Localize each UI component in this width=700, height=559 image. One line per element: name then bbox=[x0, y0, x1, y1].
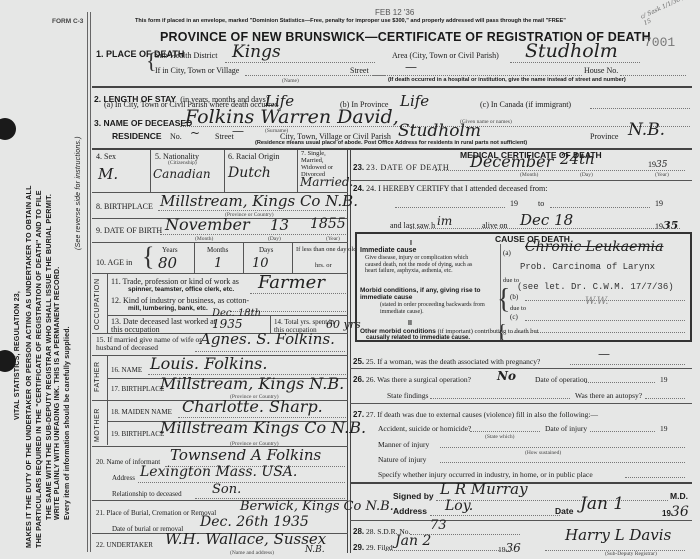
sub-health-label: Sub-Health District bbox=[155, 51, 217, 60]
mother-side-label: MOTHER bbox=[94, 408, 101, 442]
age-hrs-label: hrs. or bbox=[315, 262, 332, 269]
attend-to-19: 19 bbox=[655, 199, 663, 208]
name-caption: (Name) bbox=[282, 78, 299, 84]
residence-city-value[interactable]: Studholm bbox=[398, 121, 481, 141]
nationality-value[interactable]: Canadian bbox=[153, 167, 211, 181]
trade-value[interactable]: Farmer bbox=[258, 272, 325, 293]
undertaker-caption: (Name and address) bbox=[230, 550, 274, 556]
surgery-question: 26. 26. Was there a surgical operation? bbox=[353, 375, 471, 384]
burial-place-label: 21. Place of Burial, Cremation or Remova… bbox=[96, 509, 216, 517]
trade-examples: spinner, teamster, office clerk, etc. bbox=[128, 286, 234, 293]
age-infant-label: If less than one day old bbox=[296, 246, 356, 253]
side-regulation-title: VITAL STATISTICS, REGULATION 23, bbox=[14, 291, 21, 420]
alive-year[interactable]: 1935 bbox=[655, 219, 678, 232]
md-label: M.D. bbox=[670, 491, 688, 501]
father-name-value[interactable]: Louis. Folkins. bbox=[150, 354, 267, 373]
residence-no-value[interactable]: ~ bbox=[190, 126, 200, 140]
birthplace-value[interactable]: Millstream, Kings Co N.B. bbox=[160, 192, 358, 210]
date-value[interactable]: Jan 1 bbox=[580, 494, 624, 514]
father-side-label: FATHER bbox=[94, 361, 101, 392]
spouse-label: 15. If married give name of wife or husb… bbox=[96, 336, 206, 352]
hospital-note: (If death occurred in a hospital or inst… bbox=[388, 77, 626, 83]
cause-b-label: (b) bbox=[510, 293, 518, 301]
side-line-3: THE SAME WITH THE SUB-DEPUTY REGISTRAR W… bbox=[44, 194, 53, 520]
deceased-name-value[interactable]: Folkins Warren David, bbox=[185, 106, 399, 128]
birthplace-label: 8. BIRTHPLACE bbox=[96, 202, 153, 211]
cause-c-label: (c) bbox=[510, 313, 518, 321]
address-value[interactable]: Loy. bbox=[445, 498, 473, 514]
relationship-label: Relationship to deceased bbox=[112, 490, 182, 498]
industry-examples: mill, lumbering, bank, etc. bbox=[128, 305, 208, 312]
age-label: 10. AGE in bbox=[96, 258, 132, 267]
morbid-conditions-label: Morbid conditions, if any, giving rise t… bbox=[360, 287, 490, 301]
date-of-birth-label: 9. DATE OF BIRTH bbox=[96, 226, 162, 235]
city-label: If in City, Town or Village bbox=[155, 66, 239, 75]
death-year-caption: (Year) bbox=[655, 172, 669, 178]
racial-origin-value[interactable]: Dutch bbox=[228, 165, 271, 181]
form-number: FORM C-3 bbox=[52, 18, 83, 25]
cause-a-typed-line2[interactable]: (see let. Dr. C.W.M. 17/7/36) bbox=[517, 282, 674, 292]
side-line-5: Every item of information should be care… bbox=[64, 326, 71, 520]
death-month-caption: (Month) bbox=[520, 172, 538, 178]
injury-year-19: 19 bbox=[660, 424, 668, 433]
registration-number: 7001 bbox=[644, 35, 675, 50]
manner-label: Manner of injury bbox=[378, 440, 429, 449]
date-label: Date bbox=[555, 506, 573, 516]
undertaker-value[interactable]: W.H. Wallace, Sussex bbox=[165, 530, 326, 548]
filed-year[interactable]: 1936 bbox=[498, 541, 521, 555]
dob-year-value[interactable]: 1855 bbox=[310, 216, 346, 232]
immediate-cause-label: Immediate cause bbox=[360, 247, 416, 254]
operation-date-label: Date of operation bbox=[535, 375, 587, 384]
deceased-name-label: 3. NAME OF DECEASED bbox=[94, 118, 192, 128]
last-saw-pronoun[interactable]: im bbox=[437, 214, 452, 228]
section-two: II bbox=[408, 320, 412, 327]
street-value[interactable]: — bbox=[405, 60, 417, 74]
occupation-side-label: OCCUPATION bbox=[94, 278, 101, 330]
signed-by-label: Signed by bbox=[393, 491, 434, 501]
death-month-value[interactable]: December bbox=[470, 152, 553, 171]
residence-province-label: Province bbox=[590, 132, 618, 141]
accident-label: Accident, suicide or homicide? bbox=[378, 424, 471, 433]
nationality-caption: (Citizenship) bbox=[168, 160, 197, 166]
other-morbid-desc: causally related to immediate cause. bbox=[366, 335, 470, 341]
burial-place-value[interactable]: Berwick, Kings Co N.B. bbox=[240, 499, 394, 514]
informant-address-label: Address bbox=[112, 474, 135, 482]
operation-year-19: 19 bbox=[660, 375, 668, 384]
pregnancy-value[interactable]: — bbox=[598, 347, 610, 361]
dob-month-value[interactable]: November bbox=[165, 215, 250, 234]
place-of-death-heading: 1. PLACE OF DEATH bbox=[96, 49, 146, 59]
cause-a-handwritten-struck[interactable]: Chronic Leukaemia bbox=[525, 239, 663, 255]
reviewer-initials: W.W. bbox=[585, 296, 608, 307]
house-number-label: House No. bbox=[584, 66, 618, 75]
stay-province-value[interactable]: Life bbox=[400, 92, 429, 110]
received-stamp: FEB 12 '36 bbox=[375, 8, 414, 17]
mother-birthplace-value[interactable]: Millstream Kings Co N.B. bbox=[160, 418, 366, 437]
age-days-label: Days bbox=[259, 246, 273, 254]
age-months-label: Months bbox=[207, 246, 228, 254]
residence-street-value[interactable]: — bbox=[232, 124, 244, 138]
sex-label: 4. Sex bbox=[96, 152, 116, 161]
informant-name-value[interactable]: Townsend A Folkins bbox=[170, 446, 321, 464]
father-birthplace-value[interactable]: Millstream, Kings N.B. bbox=[160, 374, 344, 393]
age-days-value[interactable]: 10 bbox=[252, 256, 269, 271]
sub-health-value[interactable]: Kings bbox=[232, 42, 281, 62]
nature-label: Nature of injury bbox=[378, 455, 426, 464]
mail-notice: This form if placed in an envelope, mark… bbox=[135, 18, 566, 24]
street-label: Street bbox=[350, 66, 369, 75]
filed-value[interactable]: Jan 2 bbox=[395, 533, 431, 549]
undertaker-label: 22. UNDERTAKER bbox=[96, 541, 153, 549]
alive-on-value[interactable]: Dec 18 bbox=[520, 211, 573, 229]
morbid-conditions-desc: (stated in order proceeding backwards fr… bbox=[380, 302, 490, 315]
spouse-value[interactable]: Agnes. S. Folkins. bbox=[200, 330, 335, 348]
sex-value[interactable]: M. bbox=[98, 165, 118, 183]
attend-to-label: to bbox=[538, 199, 544, 208]
sdr-value[interactable]: 73 bbox=[430, 518, 447, 533]
external-causes-label: 27. 27. If death was due to external cau… bbox=[353, 410, 598, 419]
immediate-cause-desc: Give disease, injury or complication whi… bbox=[365, 255, 483, 275]
residence-street-label: Street bbox=[215, 132, 234, 141]
last-worked-value[interactable]: Dec. 18th 1935 bbox=[212, 309, 261, 329]
dob-day-value[interactable]: 13 bbox=[270, 216, 289, 234]
state-which-caption: (State which) bbox=[485, 434, 514, 440]
registrar-caption: (Sub-Deputy Registrar) bbox=[605, 551, 657, 557]
mother-maiden-label: 18. MAIDEN NAME bbox=[111, 408, 172, 416]
section-one: I bbox=[410, 240, 412, 247]
certify-label: 24. 24. I HEREBY CERTIFY that I attended… bbox=[353, 184, 547, 193]
death-year[interactable]: 1935 bbox=[648, 160, 667, 170]
side-line-2: THE PARTICULARS REQUIRED IN THE "CERTIFI… bbox=[34, 190, 43, 548]
side-line-6: (See reverse side for instructions.) bbox=[75, 136, 82, 250]
registrar-signature[interactable]: Harry L Davis bbox=[565, 526, 671, 544]
injury-date-label: Date of injury bbox=[545, 424, 587, 433]
industry-label: 12. Kind of industry or business, as cot… bbox=[111, 296, 249, 305]
side-line-1: MAKES IT THE DUTY OF THE UNDERTAKER OR P… bbox=[24, 185, 33, 548]
age-months-value[interactable]: 1 bbox=[214, 256, 222, 271]
signature-year[interactable]: 1936 bbox=[662, 504, 689, 520]
findings-label: State findings bbox=[387, 391, 428, 400]
residence-no-label: No. bbox=[170, 132, 182, 141]
pregnancy-question: 25. 25. If a woman, was the death associ… bbox=[353, 357, 540, 366]
autopsy-label: Was there an autopsy? bbox=[575, 391, 642, 400]
relationship-value[interactable]: Son. bbox=[212, 482, 241, 497]
age-years-label: Years bbox=[162, 246, 178, 254]
mother-birthplace-label: 19. BIRTHPLACE bbox=[111, 430, 164, 438]
surgery-value[interactable]: No bbox=[497, 369, 516, 383]
mother-maiden-value[interactable]: Charlotte. Sharp. bbox=[182, 397, 323, 416]
attend-from-19: 19 bbox=[510, 199, 518, 208]
informant-address-value[interactable]: Lexington Mass. USA. bbox=[140, 464, 297, 480]
cause-a-label: (a) bbox=[503, 249, 511, 257]
address-label: Address bbox=[393, 506, 427, 516]
death-day-value[interactable]: 24th bbox=[560, 150, 595, 168]
signed-by-value[interactable]: L R Murray bbox=[440, 480, 528, 498]
area-value[interactable]: Studholm bbox=[525, 40, 618, 62]
side-line-4: WRITE PLAINLY WITH UNFADING INK. THIS IS… bbox=[54, 267, 61, 520]
undertaker-value-line2: N.B. bbox=[305, 545, 325, 555]
racial-origin-label: 6. Racial Origin bbox=[228, 152, 279, 161]
residence-label: RESIDENCE bbox=[112, 131, 162, 141]
death-certificate-page: VITAL STATISTICS, REGULATION 23, MAKES I… bbox=[0, 0, 700, 559]
residence-note: (Residence means usual place of abode. P… bbox=[255, 140, 527, 146]
corner-annotation: c/ Sask 1/1/36 / 15 bbox=[640, 0, 696, 27]
due-to-2: due to bbox=[510, 305, 526, 312]
cause-a-typed[interactable]: Prob. Carcinoma of Larynx bbox=[520, 262, 655, 272]
burial-date-value[interactable]: Dec. 26th 1935 bbox=[200, 514, 309, 530]
how-sustained-caption: (How sustained) bbox=[525, 450, 561, 456]
stay-canada-label: (c) In Canada (if immigrant) bbox=[480, 100, 571, 109]
age-years-value[interactable]: 80 bbox=[158, 254, 177, 272]
father-name-label: 16. NAME bbox=[111, 366, 142, 374]
binder-hole-top bbox=[0, 118, 16, 140]
residence-province-value[interactable]: N.B. bbox=[628, 120, 665, 140]
trade-label: 11. Trade, profession or kind of work as bbox=[111, 277, 239, 286]
death-day-caption: (Day) bbox=[580, 172, 593, 178]
specify-label: Specify whether injury occurred in indus… bbox=[378, 470, 593, 479]
area-label: Area (City, Town or Civil Parish) bbox=[392, 51, 499, 60]
father-birthplace-label: 17. BIRTHPLACE bbox=[111, 385, 164, 393]
marital-status-label: 7. Single, Married, Widowed or Divorced bbox=[301, 150, 347, 178]
marital-status-value[interactable]: Married. bbox=[300, 175, 353, 189]
